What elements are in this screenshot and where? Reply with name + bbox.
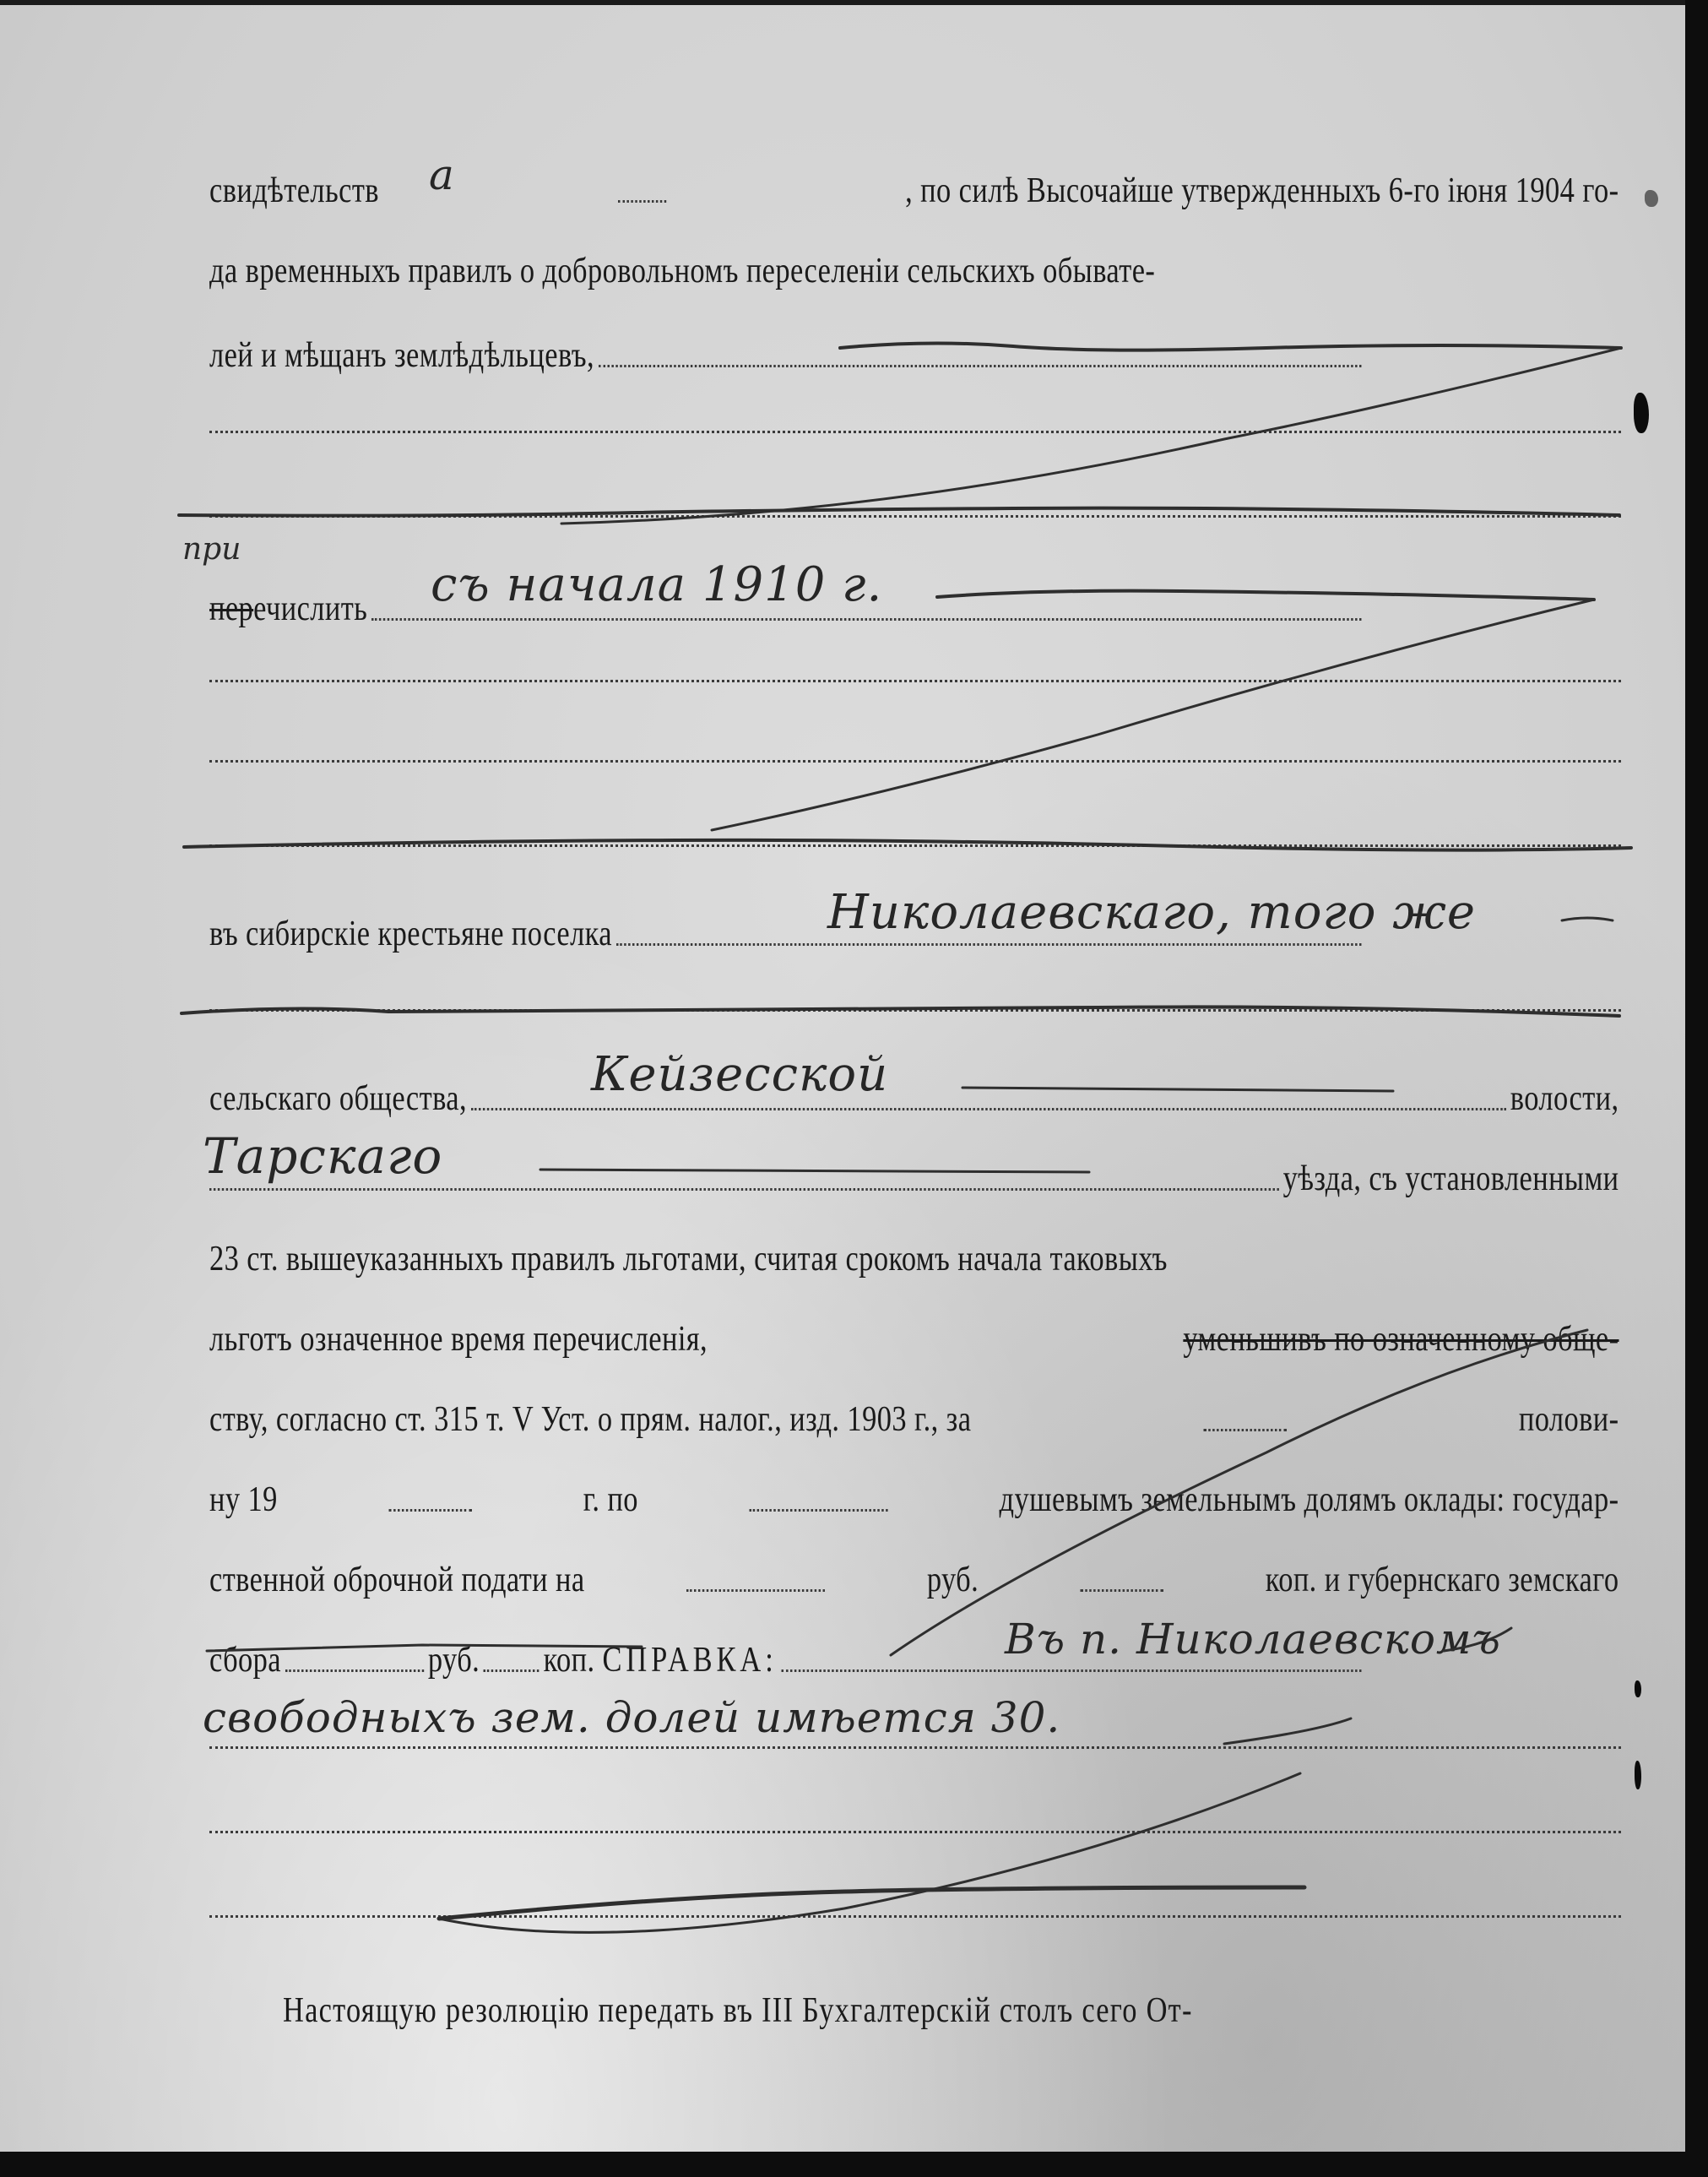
handwritten-volost: Кейзесской (591, 1047, 888, 1102)
handwritten-correction: при (182, 532, 241, 567)
binding-hole (1634, 393, 1649, 433)
handwritten-suffix: а (429, 150, 455, 199)
struck-clause: уменьшивъ по означенному обще- (1183, 1319, 1619, 1360)
blank-rule (209, 760, 1621, 763)
handwritten-uezd: Тарскаго (203, 1127, 442, 1185)
spravka-label: СПРАВКА: (603, 1640, 778, 1680)
form-line-3: лей и мѣщанъ землѣдѣльцевъ, (209, 317, 1365, 376)
form-line-11: ну 19г. подушевымъ земельнымъ долямъ окл… (209, 1461, 1619, 1520)
binding-hole (1635, 1680, 1641, 1697)
handwritten-spravka-line-2: свободныхъ зем. долей имѣется 30. (203, 1693, 1060, 1742)
form-line-9: льготъ означенное время перечисленія, ум… (209, 1300, 1619, 1360)
form-line-10: ству, согласно ст. 315 т. V Уст. о прям.… (209, 1381, 1619, 1440)
blank-rule (209, 844, 1621, 847)
binding-hole (1645, 190, 1658, 207)
binding-hole (1635, 1761, 1641, 1789)
blank-rule (209, 1746, 1621, 1749)
form-line-1: свидѣтельств, по силѣ Высочайше утвержде… (209, 152, 1619, 211)
handwritten-settlement: Николаевскаго, того же (827, 885, 1476, 940)
blank-rule (209, 1831, 1621, 1833)
blank-rule (209, 1915, 1621, 1918)
handwritten-start-date: съ начала 1910 г. (431, 557, 882, 612)
blank-rule (209, 515, 1621, 518)
blank-rule (209, 1009, 1621, 1012)
form-line-12: ственной оброчной подати наруб.коп. и гу… (209, 1541, 1619, 1600)
form-line-8: 23 ст. вышеуказанныхъ правилъ льготами, … (209, 1220, 1619, 1279)
form-line-6: сельскаго общества,волости, (209, 1060, 1619, 1119)
scan-edge-right (1685, 0, 1708, 2177)
handwritten-spravka-line-1: Въ п. Николаевскомъ (1005, 1615, 1501, 1664)
form-line-2: да временныхъ правилъ о добровольномъ пе… (209, 232, 1619, 291)
blank-rule (209, 431, 1621, 433)
form-line-14: Настоящую резолюцію передать въ III Бухг… (283, 1972, 1439, 2031)
blank-rule (209, 680, 1621, 682)
scan-edge-bottom (0, 2152, 1708, 2177)
struck-prefix: пер (209, 589, 253, 629)
